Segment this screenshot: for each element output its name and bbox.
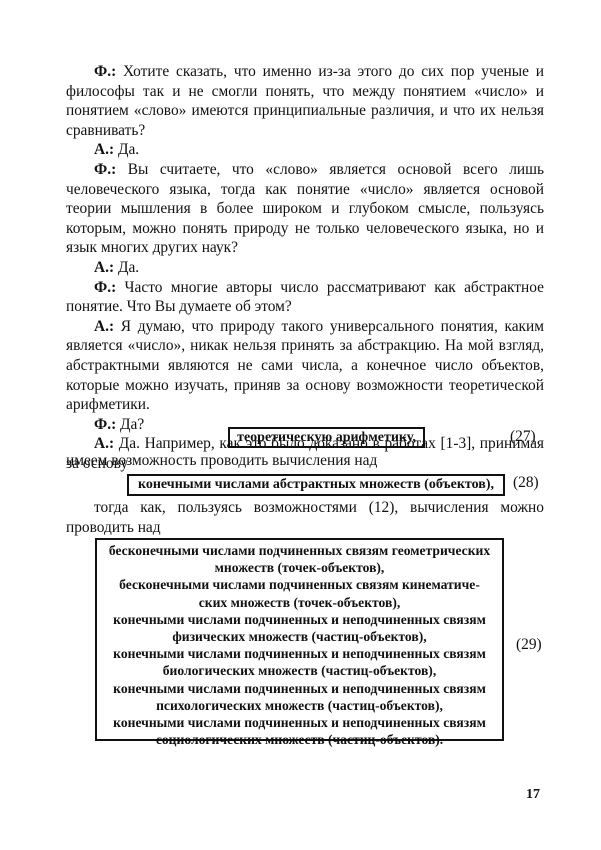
speaker-label: Ф.: bbox=[94, 416, 116, 433]
equation-27-box: теоретическую арифметику, bbox=[228, 427, 425, 448]
equation-28-number: (28) bbox=[513, 474, 539, 492]
dialogue-text: Ф.: Хотите сказать, что именно из-за это… bbox=[66, 62, 544, 473]
text-between-28-29: тогда как, пользуясь возможностями (12),… bbox=[66, 498, 544, 537]
equation-29-number: (29) bbox=[516, 636, 542, 654]
page-number: 17 bbox=[526, 787, 540, 803]
equation-27-number: (27) bbox=[510, 428, 536, 446]
equation-28-box: конечными числами абстрактных множеств (… bbox=[127, 474, 505, 496]
speaker-label: Ф.: bbox=[94, 63, 116, 80]
speaker-label: А.: bbox=[94, 435, 114, 452]
paragraph: Ф.: Часто многие авторы число рассматрив… bbox=[66, 278, 544, 317]
text-between-27-28: имеем возможность проводить вычисления н… bbox=[66, 451, 544, 471]
paragraph: А.: Да. bbox=[66, 140, 544, 160]
document-page: Ф.: Хотите сказать, что именно из-за это… bbox=[0, 0, 601, 850]
speaker-label: Ф.: bbox=[94, 161, 116, 178]
speaker-label: Ф.: bbox=[94, 279, 116, 296]
speaker-label: А.: bbox=[94, 318, 114, 335]
speaker-label: А.: bbox=[94, 141, 114, 158]
equation-29-box: бесконечными числами подчиненных связям … bbox=[95, 538, 504, 741]
paragraph: А.: Да. bbox=[66, 258, 544, 278]
speaker-label: А.: bbox=[94, 259, 114, 276]
paragraph: Ф.: Вы считаете, что «слово» является ос… bbox=[66, 160, 544, 258]
paragraph: Ф.: Хотите сказать, что именно из-за это… bbox=[66, 62, 544, 140]
paragraph: А.: Я думаю, что природу такого универса… bbox=[66, 317, 544, 415]
